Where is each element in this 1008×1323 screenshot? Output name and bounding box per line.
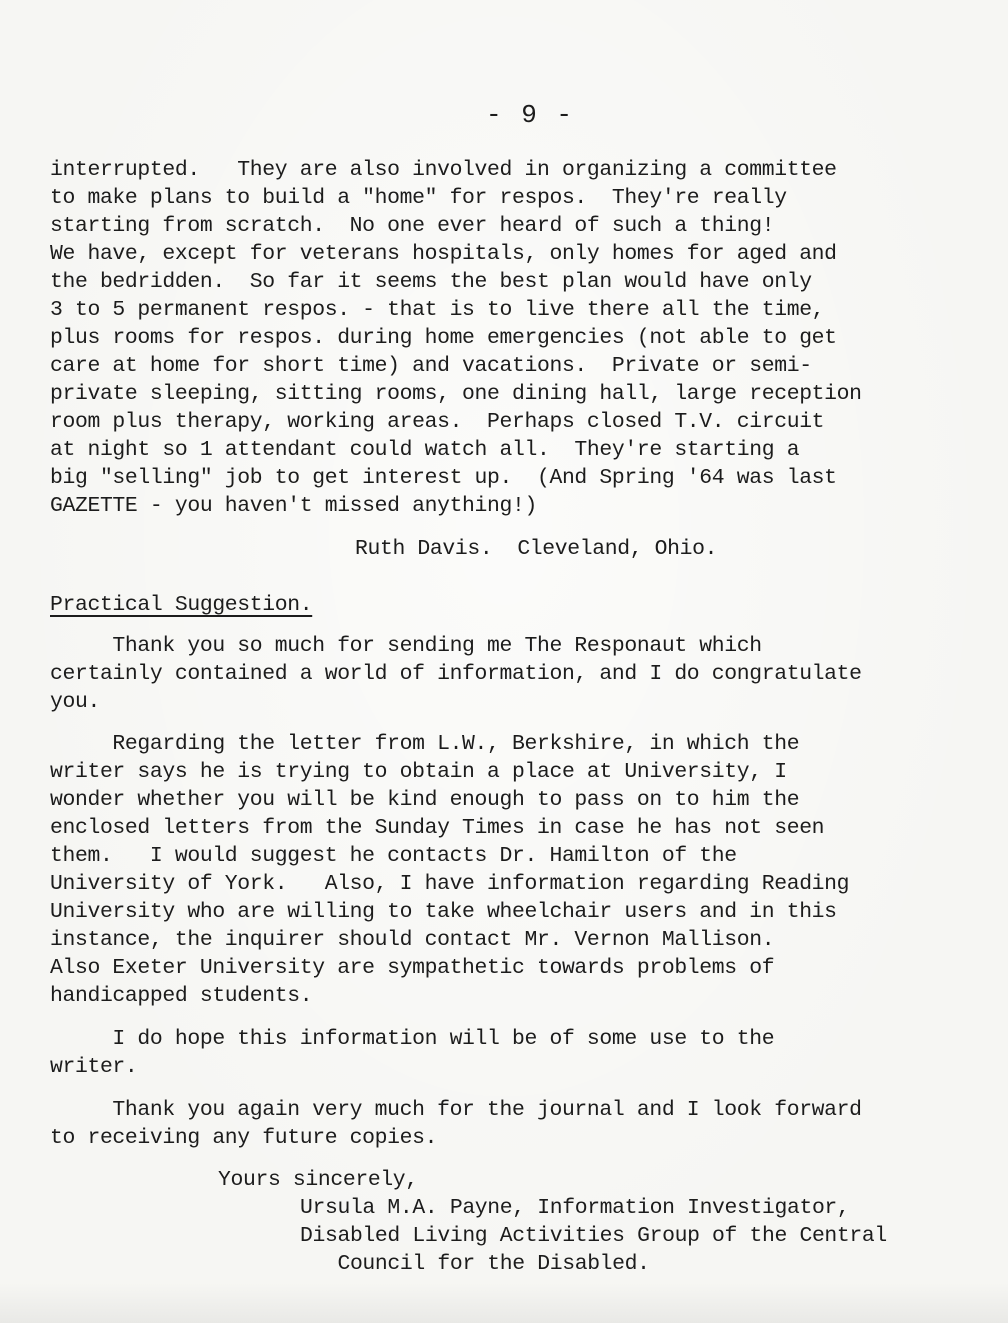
body-line: handicapped students.: [50, 982, 312, 1010]
body-line: you.: [50, 688, 100, 716]
body-line: Thank you again very much for the journa…: [50, 1096, 862, 1124]
body-line: writer.: [50, 1053, 137, 1081]
body-line: to receiving any future copies.: [50, 1124, 437, 1152]
signature-line: Disabled Living Activities Group of the …: [300, 1222, 887, 1250]
body-line: Also Exeter University are sympathetic t…: [50, 954, 774, 982]
body-line: instance, the inquirer should contact Mr…: [50, 926, 774, 954]
body-line: wonder whether you will be kind enough t…: [50, 786, 799, 814]
body-line: care at home for short time) and vacatio…: [50, 352, 812, 380]
body-line: interrupted. They are also involved in o…: [50, 156, 837, 184]
page-number: - 9 -: [0, 100, 1008, 130]
body-line: University of York. Also, I have informa…: [50, 870, 849, 898]
body-line: 3 to 5 permanent respos. - that is to li…: [50, 296, 824, 324]
document-page: - 9 - interrupted. They are also involve…: [0, 0, 1008, 1323]
body-line: GAZETTE - you haven't missed anything!): [50, 492, 537, 520]
signature-line: Ursula M.A. Payne, Information Investiga…: [300, 1194, 849, 1222]
signature-line: Council for the Disabled.: [300, 1250, 650, 1278]
body-line: private sleeping, sitting rooms, one din…: [50, 380, 862, 408]
page-edge-shadow: [0, 1283, 1008, 1323]
body-line: enclosed letters from the Sunday Times i…: [50, 814, 824, 842]
body-line: certainly contained a world of informati…: [50, 660, 862, 688]
body-line: room plus therapy, working areas. Perhap…: [50, 408, 824, 436]
section-heading: Practical Suggestion.: [50, 591, 312, 619]
body-line: them. I would suggest he contacts Dr. Ha…: [50, 842, 737, 870]
body-line: writer says he is trying to obtain a pla…: [50, 758, 787, 786]
body-line: starting from scratch. No one ever heard…: [50, 212, 774, 240]
body-line: We have, except for veterans hospitals, …: [50, 240, 837, 268]
body-line: Regarding the letter from L.W., Berkshir…: [50, 730, 799, 758]
body-line: plus rooms for respos. during home emerg…: [50, 324, 837, 352]
closing-salutation: Yours sincerely,: [218, 1166, 418, 1194]
letter-signature: Ruth Davis. Cleveland, Ohio.: [355, 535, 717, 563]
body-line: Thank you so much for sending me The Res…: [50, 632, 762, 660]
body-line: big "selling" job to get interest up. (A…: [50, 464, 837, 492]
body-line: University who are willing to take wheel…: [50, 898, 837, 926]
body-line: to make plans to build a "home" for resp…: [50, 184, 787, 212]
body-line: at night so 1 attendant could watch all.…: [50, 436, 799, 464]
body-line: I do hope this information will be of so…: [50, 1025, 774, 1053]
body-line: the bedridden. So far it seems the best …: [50, 268, 812, 296]
